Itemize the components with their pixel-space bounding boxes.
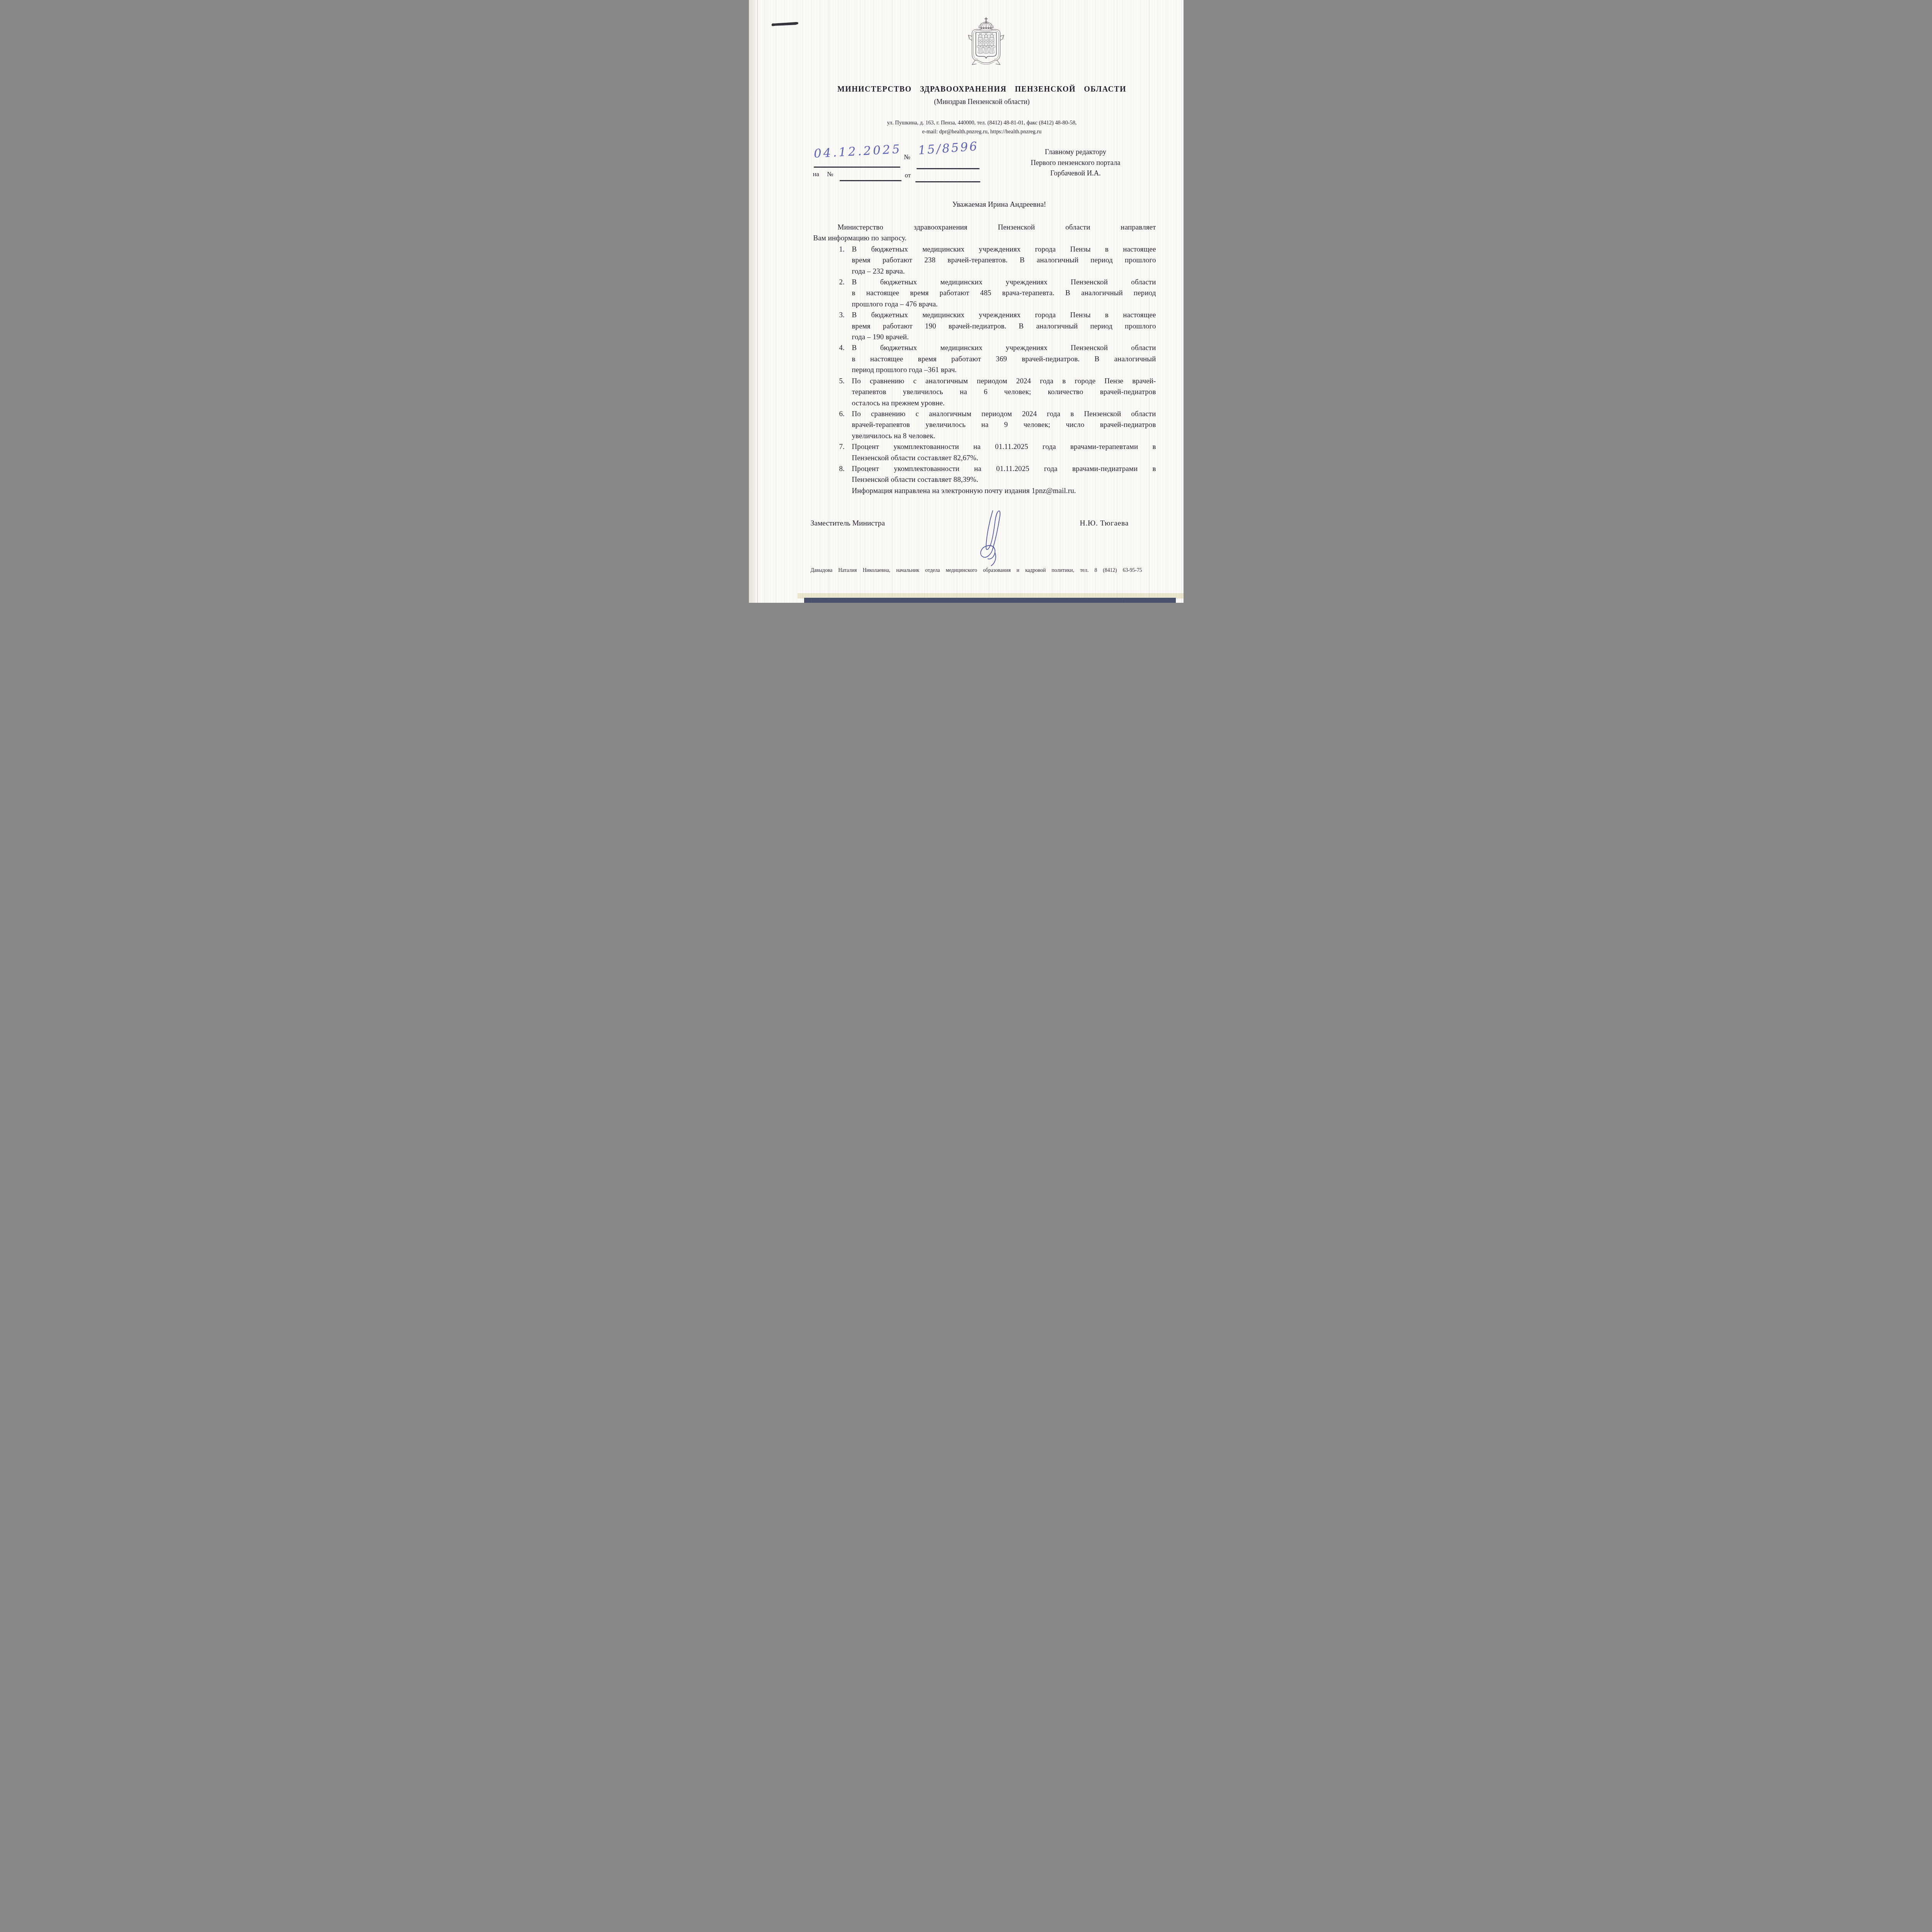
closing-paragraph: Информация направлена на электронную поч… — [813, 486, 1156, 497]
recipient-line: Горбачевой И.А. — [1015, 168, 1136, 179]
list-item-line: По сравнению с аналогичным периодом 2024… — [852, 376, 1156, 387]
reply-date-underline — [915, 181, 980, 182]
list-item-line: Процент укомплектованности на 01.11.2025… — [852, 464, 1156, 474]
body-items: 1.В бюджетных медицинских учреждениях го… — [813, 244, 1156, 486]
salutation: Уважаемая Ирина Андреевна! — [813, 201, 1156, 209]
signature-icon — [968, 508, 1019, 566]
pen-mark-artifact — [770, 21, 800, 27]
list-item-line: время работают 190 врачей-педиатров. В а… — [852, 321, 1156, 332]
intro-paragraph: Министерство здравоохранения Пензенской … — [813, 222, 1156, 244]
list-item-line: В бюджетных медицинских учреждениях горо… — [852, 244, 1156, 255]
reply-to-number-label: на № — [813, 170, 833, 178]
list-item: 4.В бюджетных медицинских учреждениях Пе… — [813, 343, 1156, 376]
date-underline — [814, 167, 900, 168]
list-item: 8.Процент укомплектованности на 01.11.20… — [813, 464, 1156, 486]
list-item-line: Процент укомплектованности на 01.11.2025… — [852, 442, 1156, 452]
number-underline — [917, 168, 980, 169]
list-item: 7.Процент укомплектованности на 01.11.20… — [813, 442, 1156, 464]
list-item-line: года – 190 врачей. — [852, 332, 1156, 343]
list-item-line: прошлого года – 476 врача. — [852, 299, 1156, 310]
list-item: 6.По сравнению с аналогичным периодом 20… — [813, 409, 1156, 442]
list-item-line: период прошлого года –361 врач. — [852, 365, 1156, 376]
ministry-name: МИНИСТЕРСТВО ЗДРАВООХРАНЕНИЯ ПЕНЗЕНСКОЙ … — [749, 85, 1184, 94]
scanned-letter-page: МИНИСТЕРСТВО ЗДРАВООХРАНЕНИЯ ПЕНЗЕНСКОЙ … — [749, 0, 1184, 603]
list-item-line: в настоящее время работают 369 врачей-пе… — [852, 354, 1156, 365]
list-item-number: 7. — [839, 442, 845, 452]
handwritten-outgoing-number: 15/8596 — [917, 139, 979, 158]
ministry-short-name: (Минздрав Пензенской области) — [749, 98, 1184, 106]
coat-of-arms-icon — [965, 16, 1007, 70]
list-item-number: 8. — [839, 464, 845, 474]
crown — [978, 17, 993, 29]
reply-number-underline — [840, 180, 901, 181]
list-item-number: 2. — [839, 277, 845, 288]
signer-name: Н.Ю. Тюгаева — [1080, 519, 1129, 528]
address-line-1: ул. Пушкина, д. 163, г. Пенза, 440000, т… — [749, 120, 1184, 126]
list-item: 3.В бюджетных медицинских учреждениях го… — [813, 310, 1156, 343]
signer-position: Заместитель Министра — [811, 519, 885, 528]
list-item-line: По сравнению с аналогичным периодом 2024… — [852, 409, 1156, 420]
list-item-number: 4. — [839, 343, 845, 354]
list-item-line: врачей-терапевтов увеличилось на 9 челов… — [852, 420, 1156, 430]
handwritten-date: 04.12.2025 — [813, 142, 902, 161]
list-item-number: 5. — [839, 376, 845, 387]
list-item-number: 1. — [839, 244, 845, 255]
list-item-line: Пензенской области составляет 82,67%. — [852, 453, 1156, 464]
list-item-number: 3. — [839, 310, 845, 321]
intro-line: Вам информацию по запросу. — [813, 233, 1156, 244]
executor-contact: Давыдова Наталия Николаевна, начальник о… — [811, 567, 1142, 573]
list-item-line: в настоящее время работают 485 врача-тер… — [852, 288, 1156, 299]
recipient-line: Первого пензенского портала — [1015, 158, 1136, 169]
list-item-line: увеличилось на 8 человек. — [852, 431, 1156, 442]
list-item-line: осталось на прежнем уровне. — [852, 398, 1156, 409]
recipient-line: Главному редактору — [1015, 147, 1136, 158]
list-item: 1.В бюджетных медицинских учреждениях го… — [813, 244, 1156, 277]
scan-bottom-strip — [804, 598, 1176, 603]
number-sign: № — [904, 153, 911, 161]
letter-body: Министерство здравоохранения Пензенской … — [813, 222, 1156, 497]
reply-from-label: от — [905, 172, 911, 179]
list-item-line: терапевтов увеличилось на 6 человек; кол… — [852, 387, 1156, 398]
list-item-line: года – 232 врача. — [852, 266, 1156, 277]
list-item: 5.По сравнению с аналогичным периодом 20… — [813, 376, 1156, 409]
intro-line: Министерство здравоохранения Пензенской … — [813, 222, 1156, 233]
list-item-line: В бюджетных медицинских учреждениях горо… — [852, 310, 1156, 321]
list-item-line: время работают 238 врачей-терапевтов. В … — [852, 255, 1156, 266]
list-item-line: В бюджетных медицинских учреждениях Пенз… — [852, 277, 1156, 288]
list-item-number: 6. — [839, 409, 845, 420]
recipient-block: Главному редактору Первого пензенского п… — [1015, 147, 1136, 179]
list-item: 2.В бюджетных медицинских учреждениях Пе… — [813, 277, 1156, 310]
address-line-2: e-mail: dpr@health.pnzreg.ru, https://he… — [749, 129, 1184, 135]
list-item-line: В бюджетных медицинских учреждениях Пенз… — [852, 343, 1156, 354]
list-item-line: Пензенской области составляет 88,39%. — [852, 474, 1156, 485]
